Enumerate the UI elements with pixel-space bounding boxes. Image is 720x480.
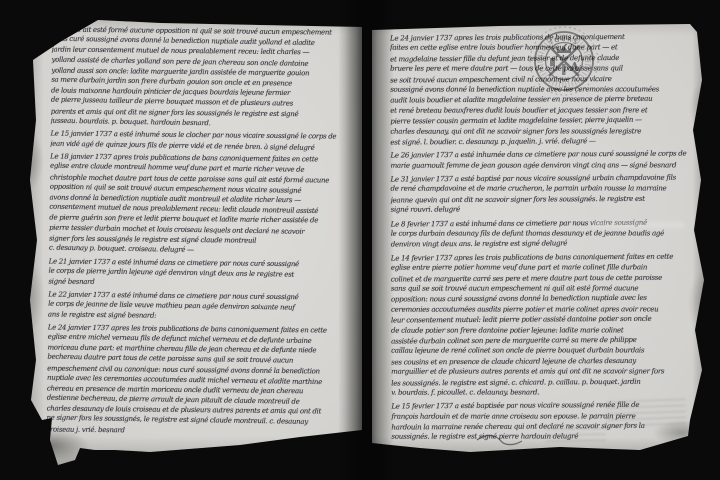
register-entry: Le 21 janvier 1737 a esté inhumé dans ce… [48, 256, 360, 291]
handwritten-line: Le 26 janvier 1737 a esté inhumée dans c… [390, 149, 704, 161]
pen-flourish [474, 432, 526, 450]
handwritten-line: marie guarnoult femme de jean gouson agé… [390, 160, 704, 171]
archive-stamp-icon: TOURS A [522, 19, 606, 103]
register-entry: Le 26 janvier 1737 a esté inhumée dans c… [390, 149, 704, 171]
handwritten-line: soussignés. le registre est signé pierre… [391, 432, 705, 443]
register-entry: Le 15 fevrier 1737 a esté baptisée par n… [391, 400, 705, 443]
handwritten-line: Le 15 fevrier 1737 a esté baptisée par n… [391, 400, 705, 412]
handwritten-line: denviron vingt deux ans. le registre est… [391, 238, 705, 250]
handwritten-line: signé besnard [48, 276, 360, 290]
crown-icon [557, 46, 571, 53]
stamp-letter: A [569, 60, 580, 74]
right-page: Le 24 janvier 1737 apres les trois publi… [356, 18, 710, 464]
handwritten-line: pierre tessier cousin germain et ladite … [390, 115, 704, 127]
register-entry: Le 31 janvier 1737 a esté baptisé par no… [390, 173, 704, 216]
stamp-legend: TOURS [547, 36, 579, 48]
handwritten-line: est signé. l. boudier. c. desaunay. p. j… [390, 135, 704, 147]
register-entry: sans quil ait esté formé aucune oppositi… [51, 24, 364, 130]
handwritten-line: eglise entre pierre potier homme veuf du… [391, 262, 705, 273]
handwritten-line: v. bourdais. f. picoullet. c. delaunay. … [391, 387, 705, 398]
register-entry: Le 14 fevrier 1737 apres les trois publi… [391, 252, 706, 399]
figure-icon [562, 64, 566, 75]
register-entry: Le 15 janvier 1737 a esté inhumé sous le… [50, 128, 362, 153]
register-entry: Le 22 janvier 1737 a esté inhumé dans ce… [48, 289, 360, 324]
handwritten-line: leur consentement mutuel: ledit pierre p… [391, 314, 705, 326]
manuscript-scan: sans quil ait esté formé aucune oppositi… [0, 0, 720, 480]
register-entry: Le 8 fevrier 1737 a esté inhumé dans ce … [391, 218, 705, 250]
handwritten-line: signé rouvri. delugré [391, 205, 705, 216]
register-entry: Le 18 janvier 1737 apres trois publicati… [49, 151, 362, 257]
svg-text:TOURS: TOURS [547, 36, 579, 48]
left-page-text: sans quil ait esté formé aucune oppositi… [46, 24, 364, 464]
tower-icon [550, 58, 555, 66]
handwritten-line: ans le registre est signé besnard: [48, 310, 360, 324]
left-page: sans quil ait esté formé aucune oppositi… [20, 16, 362, 468]
handwritten-line: marguillier et de plusieurs autres paren… [391, 366, 705, 377]
register-entry: Le 24 janvier 1737 apres les trois publi… [46, 322, 360, 438]
